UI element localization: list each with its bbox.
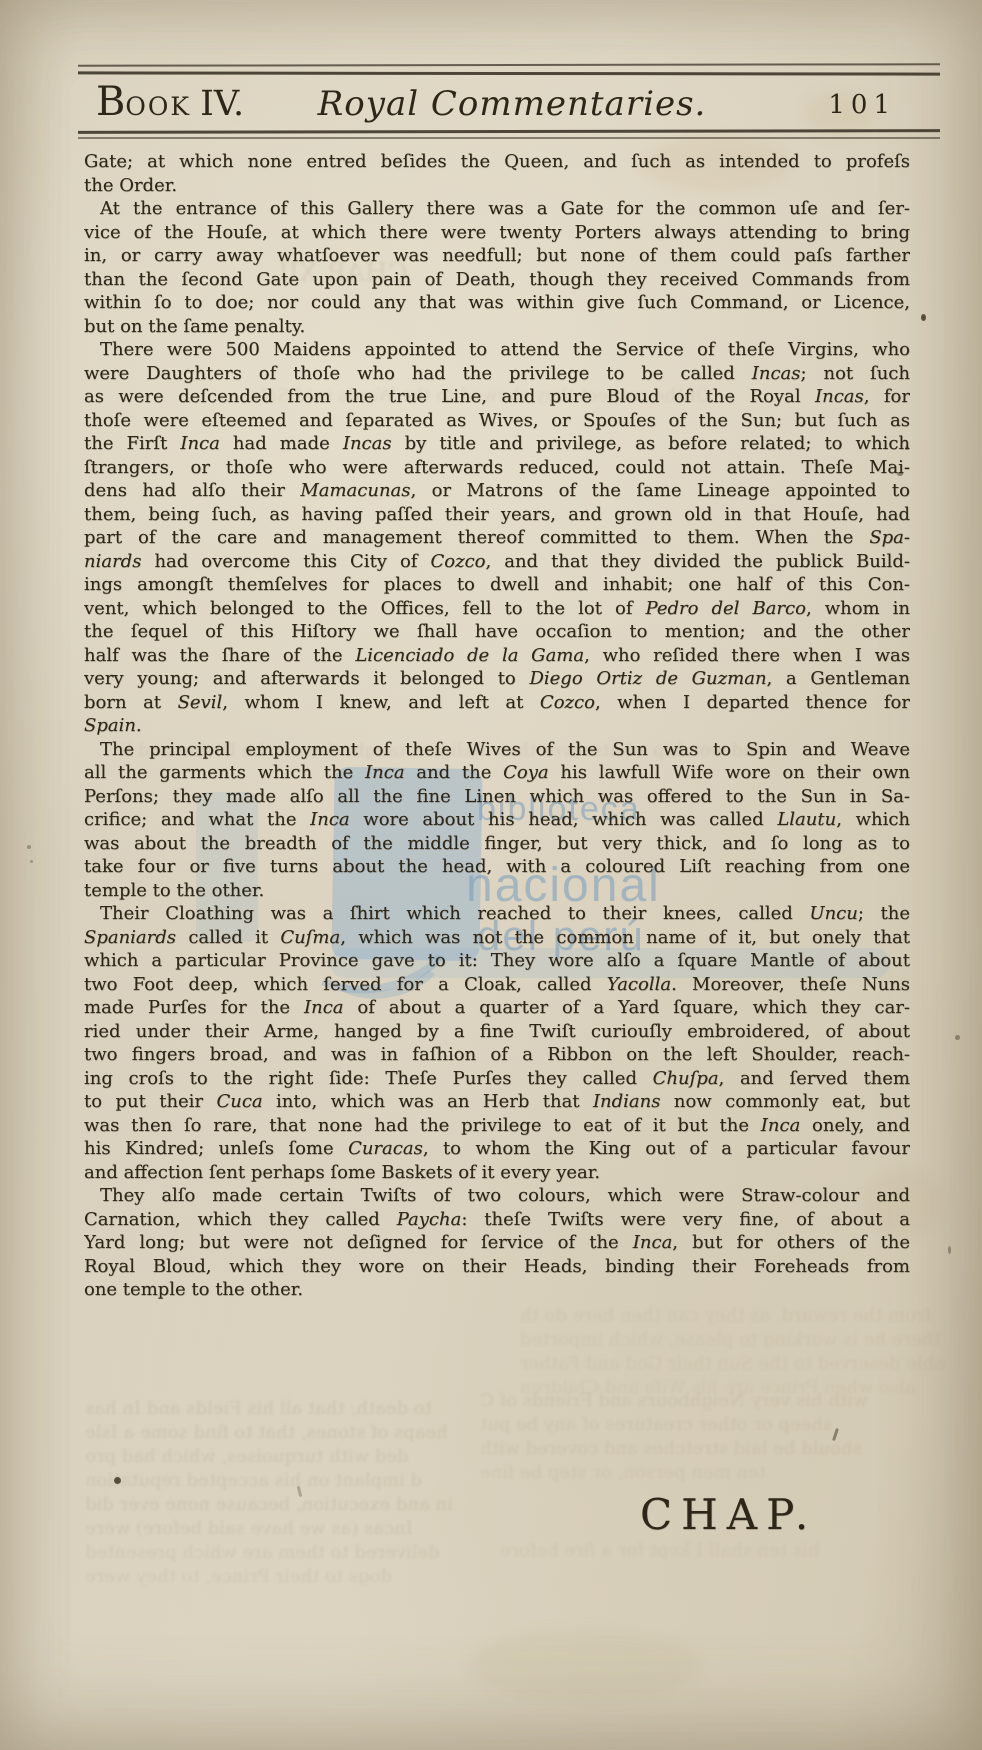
paragraph: Gate; at which none entred beſides the Q… xyxy=(84,150,910,197)
text-line: They alſo made certain Twiſts of two col… xyxy=(84,1184,910,1208)
text-line: ing croſs to the right ſide: Theſe Purſe… xyxy=(84,1067,910,1091)
text-line: Carnation, which they called Paycha: the… xyxy=(84,1208,910,1232)
paragraph: They alſo made certain Twiſts of two col… xyxy=(84,1184,910,1302)
bleedthrough-line: Incas (as we have said before) were xyxy=(85,1518,413,1539)
body-text: Gate; at which none entred beſides the Q… xyxy=(84,150,910,1302)
text-line: was about the breadth of the middle fing… xyxy=(84,832,910,856)
bleedthrough-line: there he is working to please, which imp… xyxy=(520,1329,941,1350)
header-rule xyxy=(78,129,940,134)
ink-speck xyxy=(30,860,33,863)
ink-speck xyxy=(905,446,909,450)
ink-speck xyxy=(948,1246,951,1254)
bleedthrough-line: with his very Neighbours and Friends of … xyxy=(480,1390,868,1411)
text-line: them, being ſuch, as having paſſed their… xyxy=(84,503,910,527)
text-line: vice of the Houſe, at which there were t… xyxy=(84,221,910,245)
running-header: BOOKIV. Royal Commentaries. 101 xyxy=(84,82,940,126)
ink-speck xyxy=(297,1486,303,1497)
paragraph: At the entrance of this Gallery there wa… xyxy=(84,197,910,338)
book-page: biblioteca nacional del perú CHAP. XII.O… xyxy=(0,0,982,1750)
text-line: but on the ſame penalty. xyxy=(84,315,910,339)
text-line: the ſequel of this Hiſtory we ſhall have… xyxy=(84,620,910,644)
ink-speck xyxy=(921,314,926,321)
paragraph: The principal employment of theſe Wives … xyxy=(84,738,910,903)
text-line: one temple to the other. xyxy=(84,1278,910,1302)
text-line: within ſo to doe; nor could any that was… xyxy=(84,291,910,315)
bleedthrough-line: should be laid stretches and covered wit… xyxy=(480,1438,862,1459)
text-line: and affection ſent perhaps ſome Baskets … xyxy=(84,1161,910,1185)
page-number: 101 xyxy=(828,90,896,120)
text-line: Perſons; they made alſo all the fine Lin… xyxy=(84,785,910,809)
paragraph: There were 500 Maidens appointed to atte… xyxy=(84,338,910,738)
bleedthrough-line: from the reward, as they can then here d… xyxy=(520,1305,931,1326)
paragraph: Their Cloathing was a ſhirt which reache… xyxy=(84,902,910,1184)
ink-speck xyxy=(114,1477,121,1484)
text-line: thoſe were eſteemed and ſeparated as Wiv… xyxy=(84,409,910,433)
text-line: Spain. xyxy=(84,714,910,738)
text-line: was then ſo rare, that none had the priv… xyxy=(84,1114,910,1138)
text-line: two fingers broad, and was in faſhion of… xyxy=(84,1043,910,1067)
text-line: the Firſt Inca had made Incas by title a… xyxy=(84,432,910,456)
text-line: as were deſcended from the true Line, an… xyxy=(84,385,910,409)
bleedthrough-line: ten men person, or step be fine xyxy=(480,1462,766,1483)
top-rule xyxy=(78,63,940,67)
text-line: all the garments which the Inca and the … xyxy=(84,761,910,785)
text-line: There were 500 Maidens appointed to atte… xyxy=(84,338,910,362)
text-line: than the ſecond Gate upon pain of Death,… xyxy=(84,268,910,292)
text-line: two Foot deep, which ſerved for a Cloak,… xyxy=(84,973,910,997)
bleedthrough-line: to death; that all his Fields and In has xyxy=(85,1398,432,1419)
text-line: At the entrance of this Gallery there wa… xyxy=(84,197,910,221)
text-line: which a particular Province gave to it: … xyxy=(84,949,910,973)
text-line: made Purſes for the Inca of about a quar… xyxy=(84,996,910,1020)
text-line: ings amongſt themſelves for places to dw… xyxy=(84,573,910,597)
bleedthrough-line: heaps of stones, that to find some a Isl… xyxy=(85,1422,448,1443)
text-line: take four or five turns about the head, … xyxy=(84,855,910,879)
ink-speck xyxy=(955,1035,960,1040)
text-line: Royal Bloud, which they wore on their He… xyxy=(84,1255,910,1279)
bleedthrough-line: ded with turquoises, which had pro xyxy=(85,1446,409,1467)
catchword: CHAP. xyxy=(640,1490,817,1539)
ink-speck xyxy=(27,845,31,849)
text-line: crifice; and what the Inca wore about hi… xyxy=(84,808,910,832)
running-title: Royal Commentaries. xyxy=(84,84,940,124)
text-line: his Kindred; unleſs ſome Curacas, to who… xyxy=(84,1137,910,1161)
text-line: the Order. xyxy=(84,174,910,198)
text-line: born at Sevil, whom I knew, and left at … xyxy=(84,691,910,715)
text-line: part of the care and management thereof … xyxy=(84,526,910,550)
header-rule xyxy=(78,137,940,139)
text-line: Yard long; but were not deſigned for ſer… xyxy=(84,1231,910,1255)
text-line: very young; and afterwards it belonged t… xyxy=(84,667,910,691)
ink-speck xyxy=(832,1428,839,1441)
text-line: Spaniards called it Cuſma, which was not… xyxy=(84,926,910,950)
bleedthrough-line: dogs to their Prince, to they were xyxy=(85,1566,392,1587)
bleedthrough-line: in and execution, because none ever did xyxy=(85,1494,453,1515)
text-line: ried under their Arme, hanged by a fine … xyxy=(84,1020,910,1044)
text-line: The principal employment of theſe Wives … xyxy=(84,738,910,762)
text-line: Their Cloathing was a ſhirt which reache… xyxy=(84,902,910,926)
text-line: half was the ſhare of the Licenciado de … xyxy=(84,644,910,668)
text-line: temple to the other. xyxy=(84,879,910,903)
paper-stain xyxy=(470,1630,700,1700)
text-line: vent, which belonged to the Offices, fel… xyxy=(84,597,910,621)
top-rule xyxy=(78,71,940,75)
text-line: niards had overcome this City of Cozco, … xyxy=(84,550,910,574)
bleedthrough-line: delivered to them are which presented xyxy=(85,1542,440,1563)
text-line: ſtrangers, or thoſe who were afterwards … xyxy=(84,456,910,480)
bleedthrough-line: his ten shall I kept for a fire before xyxy=(500,1540,819,1561)
text-line: Gate; at which none entred beſides the Q… xyxy=(84,150,910,174)
bleedthrough-line: sheep or other creatures of any be put xyxy=(480,1414,832,1435)
ink-speck xyxy=(897,472,903,476)
text-line: in, or carry away whatſoever was needful… xyxy=(84,244,910,268)
bleedthrough-line: d implant on his accepted reputation xyxy=(85,1470,422,1491)
bleedthrough-line: able deserved to the Sun their God and F… xyxy=(520,1353,945,1374)
text-line: dens had alſo their Mamacunas, or Matron… xyxy=(84,479,910,503)
text-line: were Daughters of thoſe who had the priv… xyxy=(84,362,910,386)
text-line: to put their Cuca into, which was an Her… xyxy=(84,1090,910,1114)
bleedthrough-line: also when Prince are his Wife and Childr… xyxy=(520,1377,916,1398)
